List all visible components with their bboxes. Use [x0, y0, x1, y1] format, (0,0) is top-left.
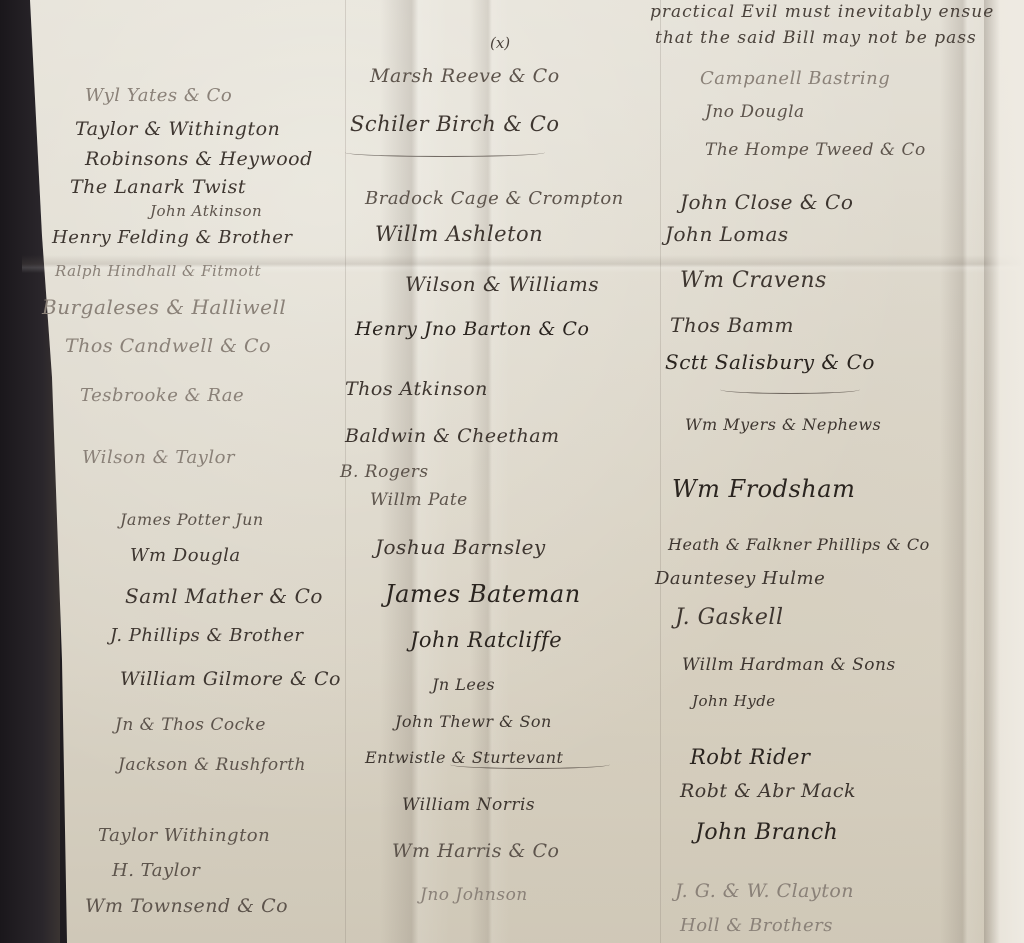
signature: John Lomas [665, 222, 789, 246]
signature: Wyl Yates & Co [85, 85, 232, 106]
signature: Wm Townsend & Co [85, 895, 288, 917]
signature: James Bateman [385, 580, 581, 608]
signature: Wm Dougla [130, 545, 241, 566]
signature: B. Rogers [340, 462, 429, 482]
signature: Wm Frodsham [672, 475, 855, 503]
signature: Baldwin & Cheetham [345, 425, 560, 447]
signature: Thos Atkinson [345, 378, 488, 400]
adjacent-page-edge [984, 0, 1024, 943]
signature: Robinsons & Heywood [85, 148, 313, 170]
signature: John Ratcliffe [410, 628, 562, 652]
signature: Wm Harris & Co [392, 840, 559, 862]
signature: Tesbrooke & Rae [80, 385, 244, 406]
signature: Schiler Birch & Co [350, 112, 559, 136]
signature: Willm Pate [370, 490, 468, 510]
signature: Taylor & Withington [75, 118, 280, 140]
signature: Wilson & Taylor [82, 447, 235, 468]
signature: Jn Lees [432, 675, 495, 694]
signature: Jno Johnson [420, 885, 528, 905]
signature: John Hyde [692, 692, 776, 710]
signature: Robt Rider [690, 745, 810, 769]
signature: The Lanark Twist [70, 176, 246, 198]
signature: Wm Myers & Nephews [685, 415, 881, 434]
signature: Marsh Reeve & Co [370, 65, 560, 87]
signature: The Hompe Tweed & Co [705, 140, 926, 160]
signature: Burgaleses & Halliwell [42, 295, 286, 319]
vertical-fold-shadow [940, 0, 990, 943]
signature: Wilson & Williams [405, 272, 599, 296]
signature: Bradock Cage & Crompton [365, 188, 624, 209]
page-mark: (x) [490, 34, 510, 52]
signature: Taylor Withington [98, 825, 270, 846]
signature: John Branch [695, 820, 838, 845]
signature: Sctt Salisbury & Co [665, 350, 875, 374]
signature: Henry Jno Barton & Co [355, 318, 589, 340]
signature: John Close & Co [680, 190, 853, 214]
signature: Willm Hardman & Sons [682, 655, 896, 675]
signature: Thos Bamm [670, 313, 794, 337]
signature: Holl & Brothers [680, 915, 833, 936]
signature: Robt & Abr Mack [680, 780, 856, 802]
signature: John Atkinson [150, 202, 262, 220]
signature: Jackson & Rushforth [118, 755, 306, 775]
signature: Ralph Hindhall & Fitmott [55, 262, 261, 280]
signature: Thos Candwell & Co [65, 335, 271, 357]
signature: H. Taylor [112, 860, 200, 881]
signature: Campanell Bastring [700, 68, 890, 89]
underline-flourish [450, 760, 610, 769]
underline-flourish [720, 385, 860, 394]
signature: Saml Mather & Co [125, 584, 323, 608]
column-rule [660, 0, 661, 943]
signature: William Gilmore & Co [120, 668, 341, 690]
signature: Wm Cravens [680, 268, 827, 293]
petition-text-line: that the said Bill may not be pass [655, 28, 977, 48]
signature: Jno Dougla [705, 102, 805, 122]
signature: Heath & Falkner Phillips & Co [668, 535, 930, 554]
signature: Henry Felding & Brother [52, 227, 292, 248]
signature: John Thewr & Son [395, 712, 552, 731]
signature: Jn & Thos Cocke [115, 715, 266, 735]
signature: James Potter Jun [120, 510, 264, 529]
signature: J. Phillips & Brother [110, 625, 303, 646]
signature: Joshua Barnsley [375, 535, 546, 559]
signature: J. Gaskell [675, 605, 784, 630]
petition-text-line: practical Evil must inevitably ensue [650, 2, 994, 22]
underline-flourish [345, 148, 545, 157]
signature: Dauntesey Hulme [655, 568, 825, 589]
signature: William Norris [402, 795, 535, 815]
signature: J. G. & W. Clayton [675, 880, 854, 902]
signature: Willm Ashleton [375, 222, 543, 246]
